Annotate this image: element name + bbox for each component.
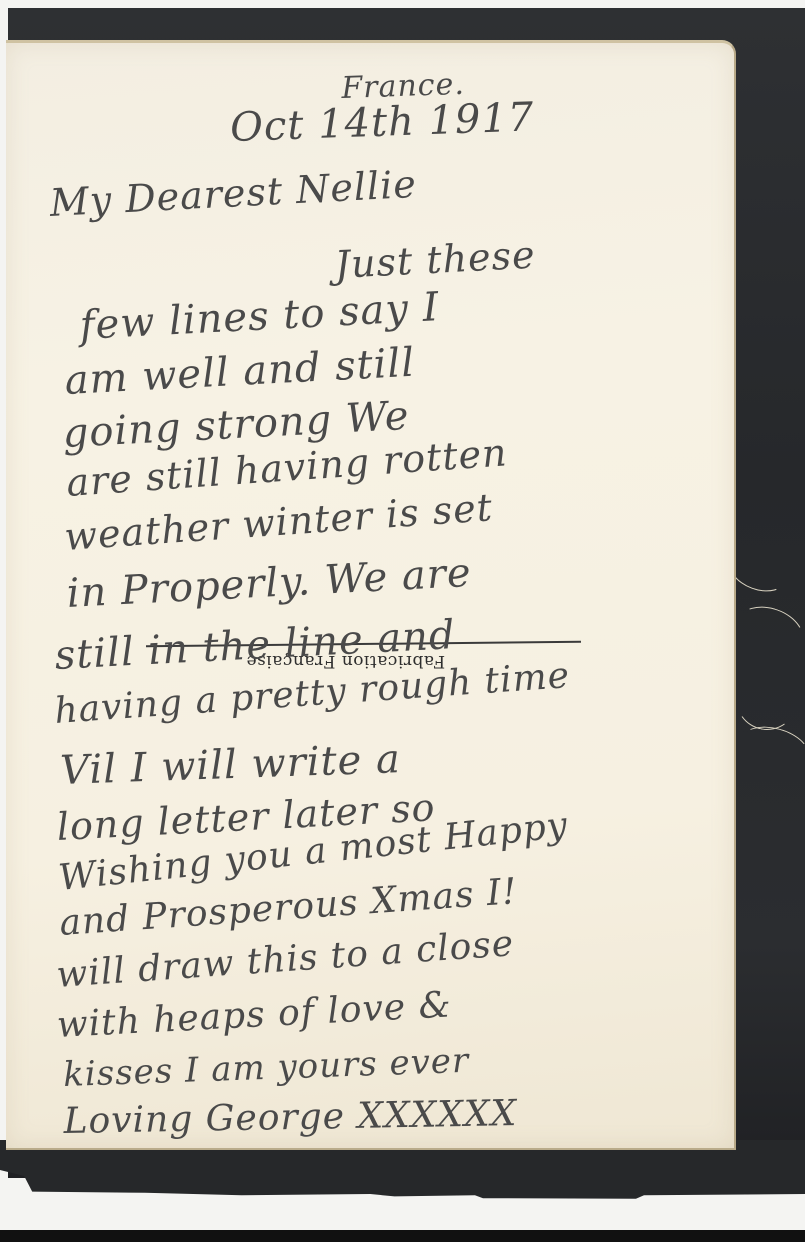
header-date: Oct 14th 1917	[229, 94, 535, 151]
scan-edge	[0, 1230, 805, 1242]
body-line-10: Vil I will write a	[59, 736, 401, 794]
body-line-2: few lines to say I	[79, 284, 441, 349]
signature-line: Loving George XXXXXX	[63, 1093, 517, 1142]
salutation: My Dearest Nellie	[49, 162, 418, 225]
body-line-15: with heaps of love &	[56, 984, 453, 1046]
paper-fiber	[726, 597, 805, 670]
letter-card: France. Oct 14th 1917 My Dearest Nellie …	[6, 40, 736, 1150]
paper-fiber	[731, 663, 803, 735]
body-line-1: Just these	[334, 233, 537, 287]
body-line-16: kisses I am yours ever	[63, 1041, 470, 1095]
paper-fiber	[734, 719, 805, 778]
body-line-7: in Properly. We are	[66, 550, 473, 617]
